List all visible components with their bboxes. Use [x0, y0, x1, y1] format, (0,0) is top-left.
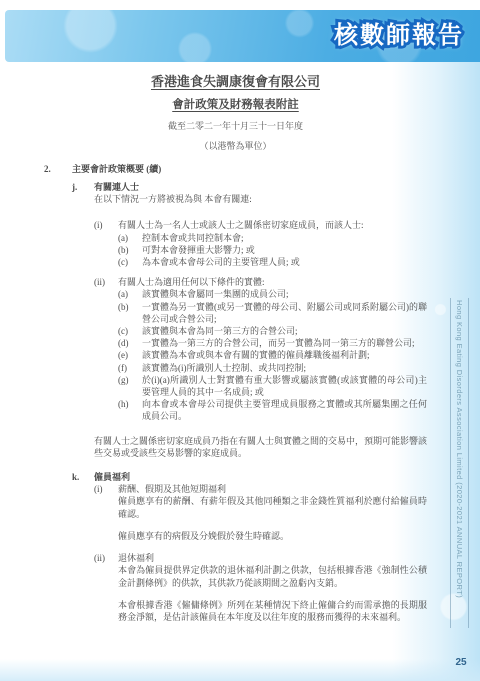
- company-name: 香港進食失調康復會有限公司: [44, 76, 427, 88]
- k-item-ii-label: (ii): [94, 552, 118, 564]
- subsection-j-closing: 有關人士之關係密切家庭成員乃指在有關人士與實體之間的交易中，預期可能影響該些交易…: [94, 435, 427, 459]
- item-ii-label: (ii): [94, 276, 118, 288]
- subsection-k: k. 僱員福利 (i) 薪酬、假期及其他短期福利 僱員應享有的薪酬、有薪年假及其…: [72, 471, 427, 623]
- k-item-ii-para1: 本會為僱員提供界定供款的退休福利計劃之供款，包括根據香港《強制性公積金計劃條例》…: [118, 564, 427, 588]
- header-banner: 核數師報告 核數師報告: [5, 10, 480, 62]
- section-heading: 主要會計政策概要 (續): [72, 163, 161, 175]
- subsection-k-label: k.: [72, 471, 94, 483]
- document-header: 香港進食失調康復會有限公司 會計政策及財務報表附註 截至二零二一年十月三十一日年…: [44, 76, 427, 152]
- list-item: (d) 一實體為一第三方的合營公司，而另一實體為同一第三方的聯營公司;: [118, 337, 427, 349]
- list-item: (h) 向本會或本會母公司提供主要管理成員服務之實體或其所屬集團之任何成員公司。: [118, 398, 427, 422]
- list-item: (f) 該實體為(i)所識別人士控制、或共同控制;: [118, 362, 427, 374]
- period-line: 截至二零二一年十月三十一日年度: [44, 120, 427, 132]
- k-item-i-heading: 薪酬、假期及其他短期福利: [118, 483, 427, 495]
- subsection-j-intro: 在以下情況一方將被視為與 本會有關連:: [94, 193, 427, 205]
- section-2-heading-row: 2. 主要會計政策概要 (續): [44, 163, 427, 175]
- side-caption: Hong Kong Eating Disorders Association L…: [450, 298, 469, 628]
- k-item-i-para1: 僱員應享有的薪酬、有薪年假及其他同種類之非金錢性質福利於應付給僱員時確認。: [118, 495, 427, 519]
- item-i-text: 有關人士為一名人士或該人士之關係密切家庭成員，而該人士:: [118, 219, 427, 231]
- banner-title-text: 核數師報告: [334, 22, 464, 49]
- subsection-k-heading: 僱員福利: [94, 471, 427, 483]
- list-item: (e) 該實體為本會或與本會有關的實體的僱員離職後福利計劃;: [118, 349, 427, 361]
- item-ii-row: (ii) 有關人士為適用任何以下條件的實體: (a) 該實體與本會屬同一集團的成…: [94, 276, 427, 422]
- currency-note: （以港幣為單位）: [44, 140, 427, 152]
- list-item: (a) 控制本會或共同控制本會;: [118, 232, 427, 244]
- list-item: (b) 一實體為另一實體(或另一實體的母公司、附屬公司或同系附屬公司)的聯營公司…: [118, 301, 427, 325]
- k-item-i-row: (i) 薪酬、假期及其他短期福利 僱員應享有的薪酬、有薪年假及其他同種類之非金錢…: [94, 483, 427, 542]
- list-item: (g) 於(i)(a)所識別人士對實體有重大影響或屬該實體(或該實體的母公司)主…: [118, 374, 427, 398]
- k-item-ii-para2: 本會根據香港《僱傭條例》所列在某種情況下終止僱傭合約而需承擔的長期服務金淨額，是…: [118, 599, 427, 623]
- k-item-i-para2: 僱員應享有的病假及分娩假於發生時確認。: [118, 530, 427, 542]
- document-body: 香港進食失調康復會有限公司 會計政策及財務報表附註 截至二零二一年十月三十一日年…: [44, 76, 427, 623]
- subsection-j: j. 有關連人士 在以下情況一方將被視為與 本會有關連: (i) 有關人士為一名…: [72, 181, 427, 459]
- statement-title: 會計政策及財務報表附註: [44, 99, 427, 111]
- banner-title: 核數師報告 核數師報告: [334, 24, 464, 48]
- item-ii-text: 有關人士為適用任何以下條件的實體:: [118, 276, 427, 288]
- k-item-i-label: (i): [94, 483, 118, 495]
- subsection-j-label: j.: [72, 181, 94, 193]
- item-i-label: (i): [94, 219, 118, 231]
- subsection-j-heading: 有關連人士: [94, 181, 427, 193]
- subsection-j-head: j. 有關連人士 在以下情況一方將被視為與 本會有關連: (i) 有關人士為一名…: [72, 181, 427, 459]
- list-item: (b) 可對本會發揮重大影響力; 或: [118, 244, 427, 256]
- bottom-edge-gradient: [0, 659, 480, 681]
- list-item: (c) 為本會或本會母公司的主要管理人員; 或: [118, 256, 427, 268]
- item-i-row: (i) 有關人士為一名人士或該人士之關係密切家庭成員，而該人士: (a) 控制本…: [94, 219, 427, 268]
- subsection-k-head: k. 僱員福利 (i) 薪酬、假期及其他短期福利 僱員應享有的薪酬、有薪年假及其…: [72, 471, 427, 623]
- section-number: 2.: [44, 163, 72, 175]
- side-caption-text: Hong Kong Eating Disorders Association L…: [455, 298, 464, 628]
- k-item-ii-row: (ii) 退休福利 本會為僱員提供界定供款的退休福利計劃之供款，包括根據香港《強…: [94, 552, 427, 623]
- page-number: 25: [451, 657, 471, 668]
- list-item: (c) 該實體與本會為同一第三方的合營公司;: [118, 325, 427, 337]
- list-item: (a) 該實體與本會屬同一集團的成員公司;: [118, 288, 427, 300]
- k-item-ii-heading: 退休福利: [118, 552, 427, 564]
